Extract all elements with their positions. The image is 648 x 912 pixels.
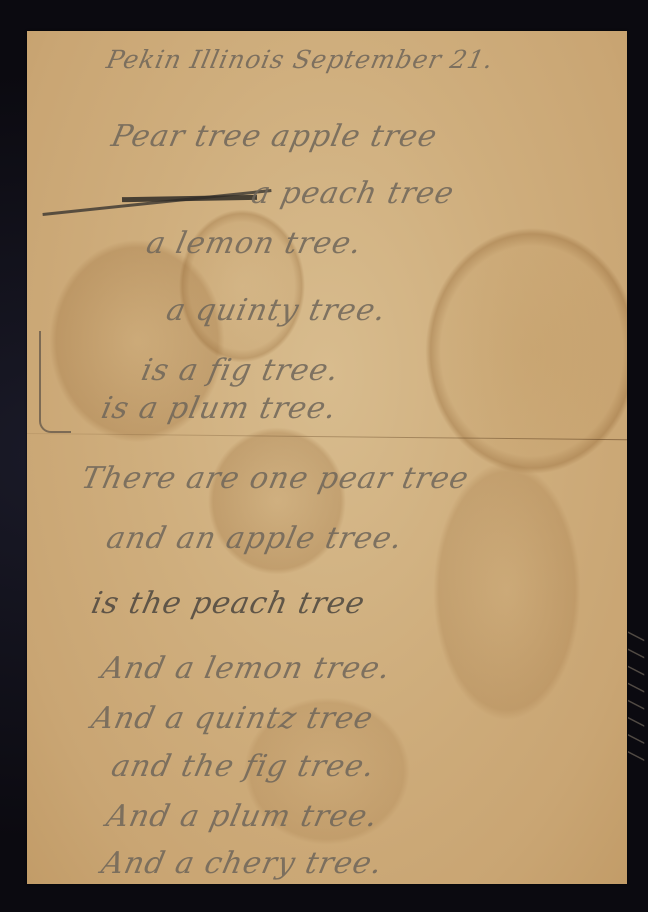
letter-line-12: and the fig tree. [108,749,378,784]
letter-line-2: a peach tree [248,176,457,211]
letter-line-7: There are one pear tree [78,461,472,496]
letter-line-6: is a plum tree. [98,391,340,426]
letter-line-8: and an apple tree. [103,521,406,556]
letter-paper: Pekin Illinois September 21. Pear tree a… [27,31,627,884]
strike-through-mark [42,189,271,216]
letter-line-4: a quinty tree. [163,293,389,328]
letter-line-1: Pear tree apple tree [108,119,440,154]
margin-bracket-mark [39,331,71,433]
letter-line-13: And a plum tree. [103,799,381,834]
letter-line-9: is the peach tree [88,586,368,621]
letter-heading: Pekin Illinois September 21. [104,45,497,74]
letter-line-11: And a quintz tree [88,701,376,736]
fold-crease [27,433,627,440]
letter-line-14: And a chery tree. [98,846,386,881]
letter-line-10: And a lemon tree. [98,651,394,686]
crossed-out-word [122,195,257,202]
letter-line-3: a lemon tree. [143,226,365,261]
vertical-margin-scribble: / / / / / / / / [623,631,647,759]
letter-line-5: is a fig tree. [138,353,342,388]
